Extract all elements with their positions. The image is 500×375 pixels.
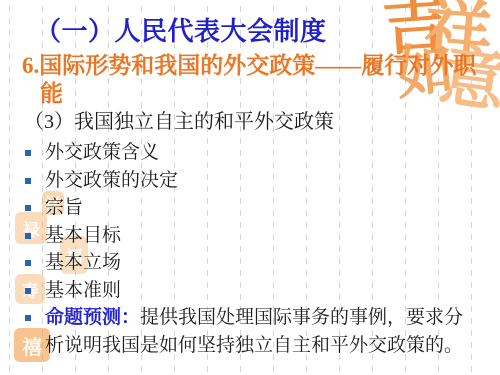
list-item-label: 宗旨 (45, 197, 83, 218)
bullet-square-icon (25, 233, 31, 239)
section-heading: （3）我国独立自主的和平外交政策 (24, 110, 334, 134)
presentation-slide: 吉 祥 如 意 祥 禄 福 寿 禧 （一）人民代表大会制度 6.国际形势和我国的… (0, 0, 500, 375)
bullet-square-icon (25, 205, 31, 211)
list-item-prediction: 命题预测：提供我国处理国际事务的事例，要求分析说明我国是如何坚持独立自主和平外交… (25, 304, 470, 359)
list-item: 外交政策含义 (25, 139, 487, 167)
bullet-square-icon (25, 178, 31, 184)
slide-content: （一）人民代表大会制度 6.国际形势和我国的外交政策——履行对外职能 （3）我国… (0, 0, 500, 375)
list-item-label: 基本目标 (45, 225, 121, 246)
list-item-label: 基本准则 (45, 280, 121, 301)
slide-title: （一）人民代表大会制度 (35, 14, 327, 48)
list-item-label: 外交政策的决定 (45, 170, 178, 191)
slide-subtitle: 6.国际形势和我国的外交政策——履行对外职能 (22, 52, 490, 108)
list-item: 基本准则 (25, 277, 487, 305)
list-item-label: 外交政策含义 (45, 142, 159, 163)
bullet-square-icon (25, 150, 31, 156)
list-item: 基本目标 (25, 222, 487, 250)
bullet-square-icon (25, 260, 31, 266)
list-item-label: 基本立场 (45, 252, 121, 273)
list-item: 宗旨 (25, 194, 487, 222)
bullet-square-icon (25, 288, 31, 294)
list-item: 基本立场 (25, 249, 487, 277)
bullet-list: 外交政策含义 外交政策的决定 宗旨 基本目标 基本立场 基本准则 (25, 139, 487, 359)
bullet-square-icon (25, 315, 31, 321)
prediction-label: 命题预测： (45, 307, 140, 328)
list-item: 外交政策的决定 (25, 167, 487, 195)
